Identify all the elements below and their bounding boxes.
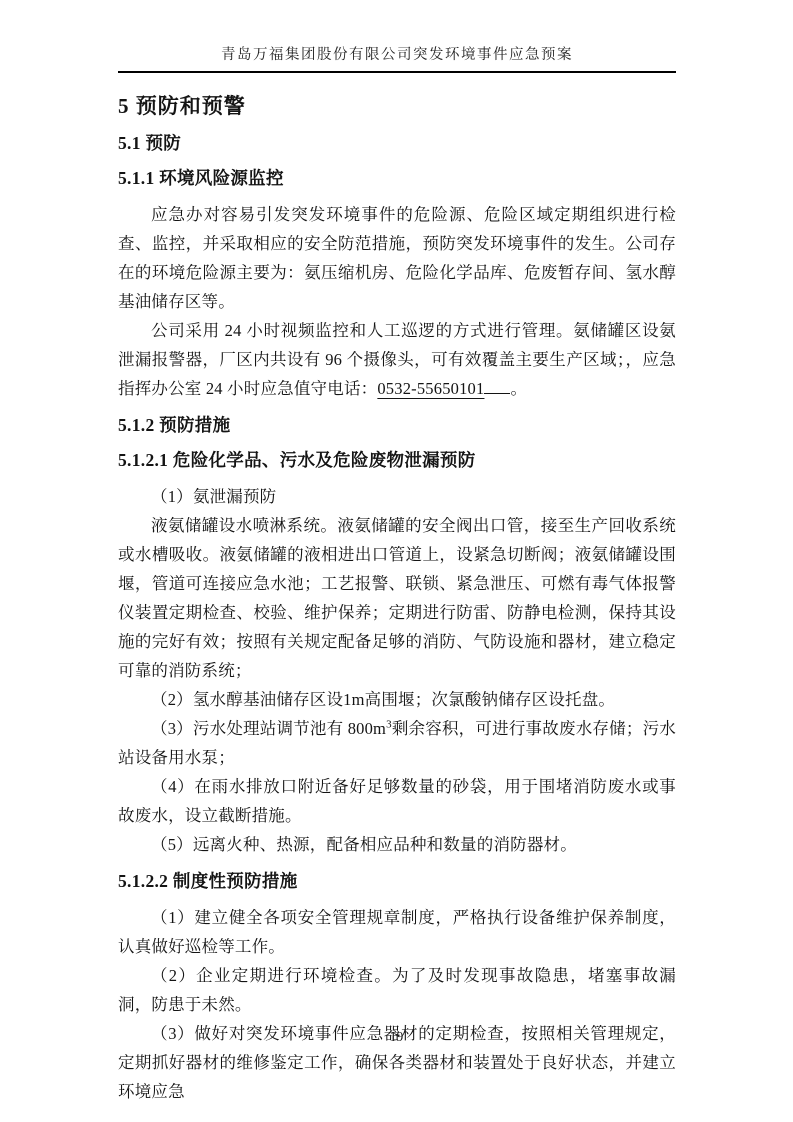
paragraph-risk-monitoring-2: 公司采用 24 小时视频监控和人工巡逻的方式进行管理。氨储罐区设氨泄漏报警器，厂… [118, 316, 676, 403]
page-number: 19 [390, 1029, 404, 1044]
heading-5-1-1-risk-source-monitoring: 5.1.1 环境风险源监控 [118, 166, 676, 191]
heading-5-1-2-2-institutional-measures: 5.1.2.2 制度性预防措施 [118, 869, 676, 894]
heading-5-prevention-and-warning: 5 预防和预警 [118, 92, 676, 120]
document-header-title: 青岛万福集团股份有限公司突发环境事件应急预案 [118, 44, 676, 66]
list-item-institutional-1-safety-rules: （1）建立健全各项安全管理规章制度，严格执行设备维护保养制度，认真做好巡检等工作… [118, 903, 676, 961]
emergency-duty-phone-number: 0532-55650101 [377, 379, 484, 398]
underline-blank-space [484, 375, 510, 394]
list-item-5-away-from-ignition-sources: （5）远离火种、热源，配备相应品种和数量的消防器材。 [118, 830, 676, 859]
page-header: 青岛万福集团股份有限公司突发环境事件应急预案 [118, 44, 676, 73]
paragraph-risk-monitoring-1: 应急办对容易引发突发环境事件的危险源、危险区域定期组织进行检查、监控，并采取相应… [118, 200, 676, 316]
list-item-3-wastewater-station-capacity: （3）污水处理站调节池有 800m3剩余容积，可进行事故废水存储；污水站设备用水… [118, 714, 676, 772]
paragraph-risk-monitoring-2-period: 。 [510, 379, 527, 398]
document-body: 5 预防和预警 5.1 预防 5.1.1 环境风险源监控 应急办对容易引发突发环… [118, 92, 676, 1106]
list-item-3-text: （3）污水处理站调节池有 800m [151, 719, 386, 738]
header-rule [118, 71, 676, 73]
list-item-institutional-2-environment-inspection: （2）企业定期进行环境检查。为了及时发现事故隐患，堵塞事故漏洞，防患于未然。 [118, 961, 676, 1019]
heading-5-1-2-1-hazchem-leak-prevention: 5.1.2.1 危险化学品、污水及危险废物泄漏预防 [118, 448, 676, 473]
list-item-4-sandbags-at-outfall: （4）在雨水排放口附近备好足够数量的砂袋，用于围堵消防废水或事故废水，设立截断措… [118, 772, 676, 830]
document-page: 青岛万福集团股份有限公司突发环境事件应急预案 5 预防和预警 5.1 预防 5.… [0, 0, 793, 1122]
page-footer: 19 [0, 1028, 793, 1046]
list-item-ammonia-leak-prevention-title: （1）氨泄漏预防 [118, 482, 676, 511]
heading-5-1-2-prevention-measures: 5.1.2 预防措施 [118, 413, 676, 438]
paragraph-ammonia-leak-prevention-body: 液氨储罐设水喷淋系统。液氨储罐的安全阀出口管，接至生产回收系统或水槽吸收。液氨储… [118, 511, 676, 685]
heading-5-1-prevention: 5.1 预防 [118, 131, 676, 156]
list-item-2-oil-storage-bund: （2）氢水醇基油储存区设1m高围堰；次氯酸钠储存区设托盘。 [118, 685, 676, 714]
